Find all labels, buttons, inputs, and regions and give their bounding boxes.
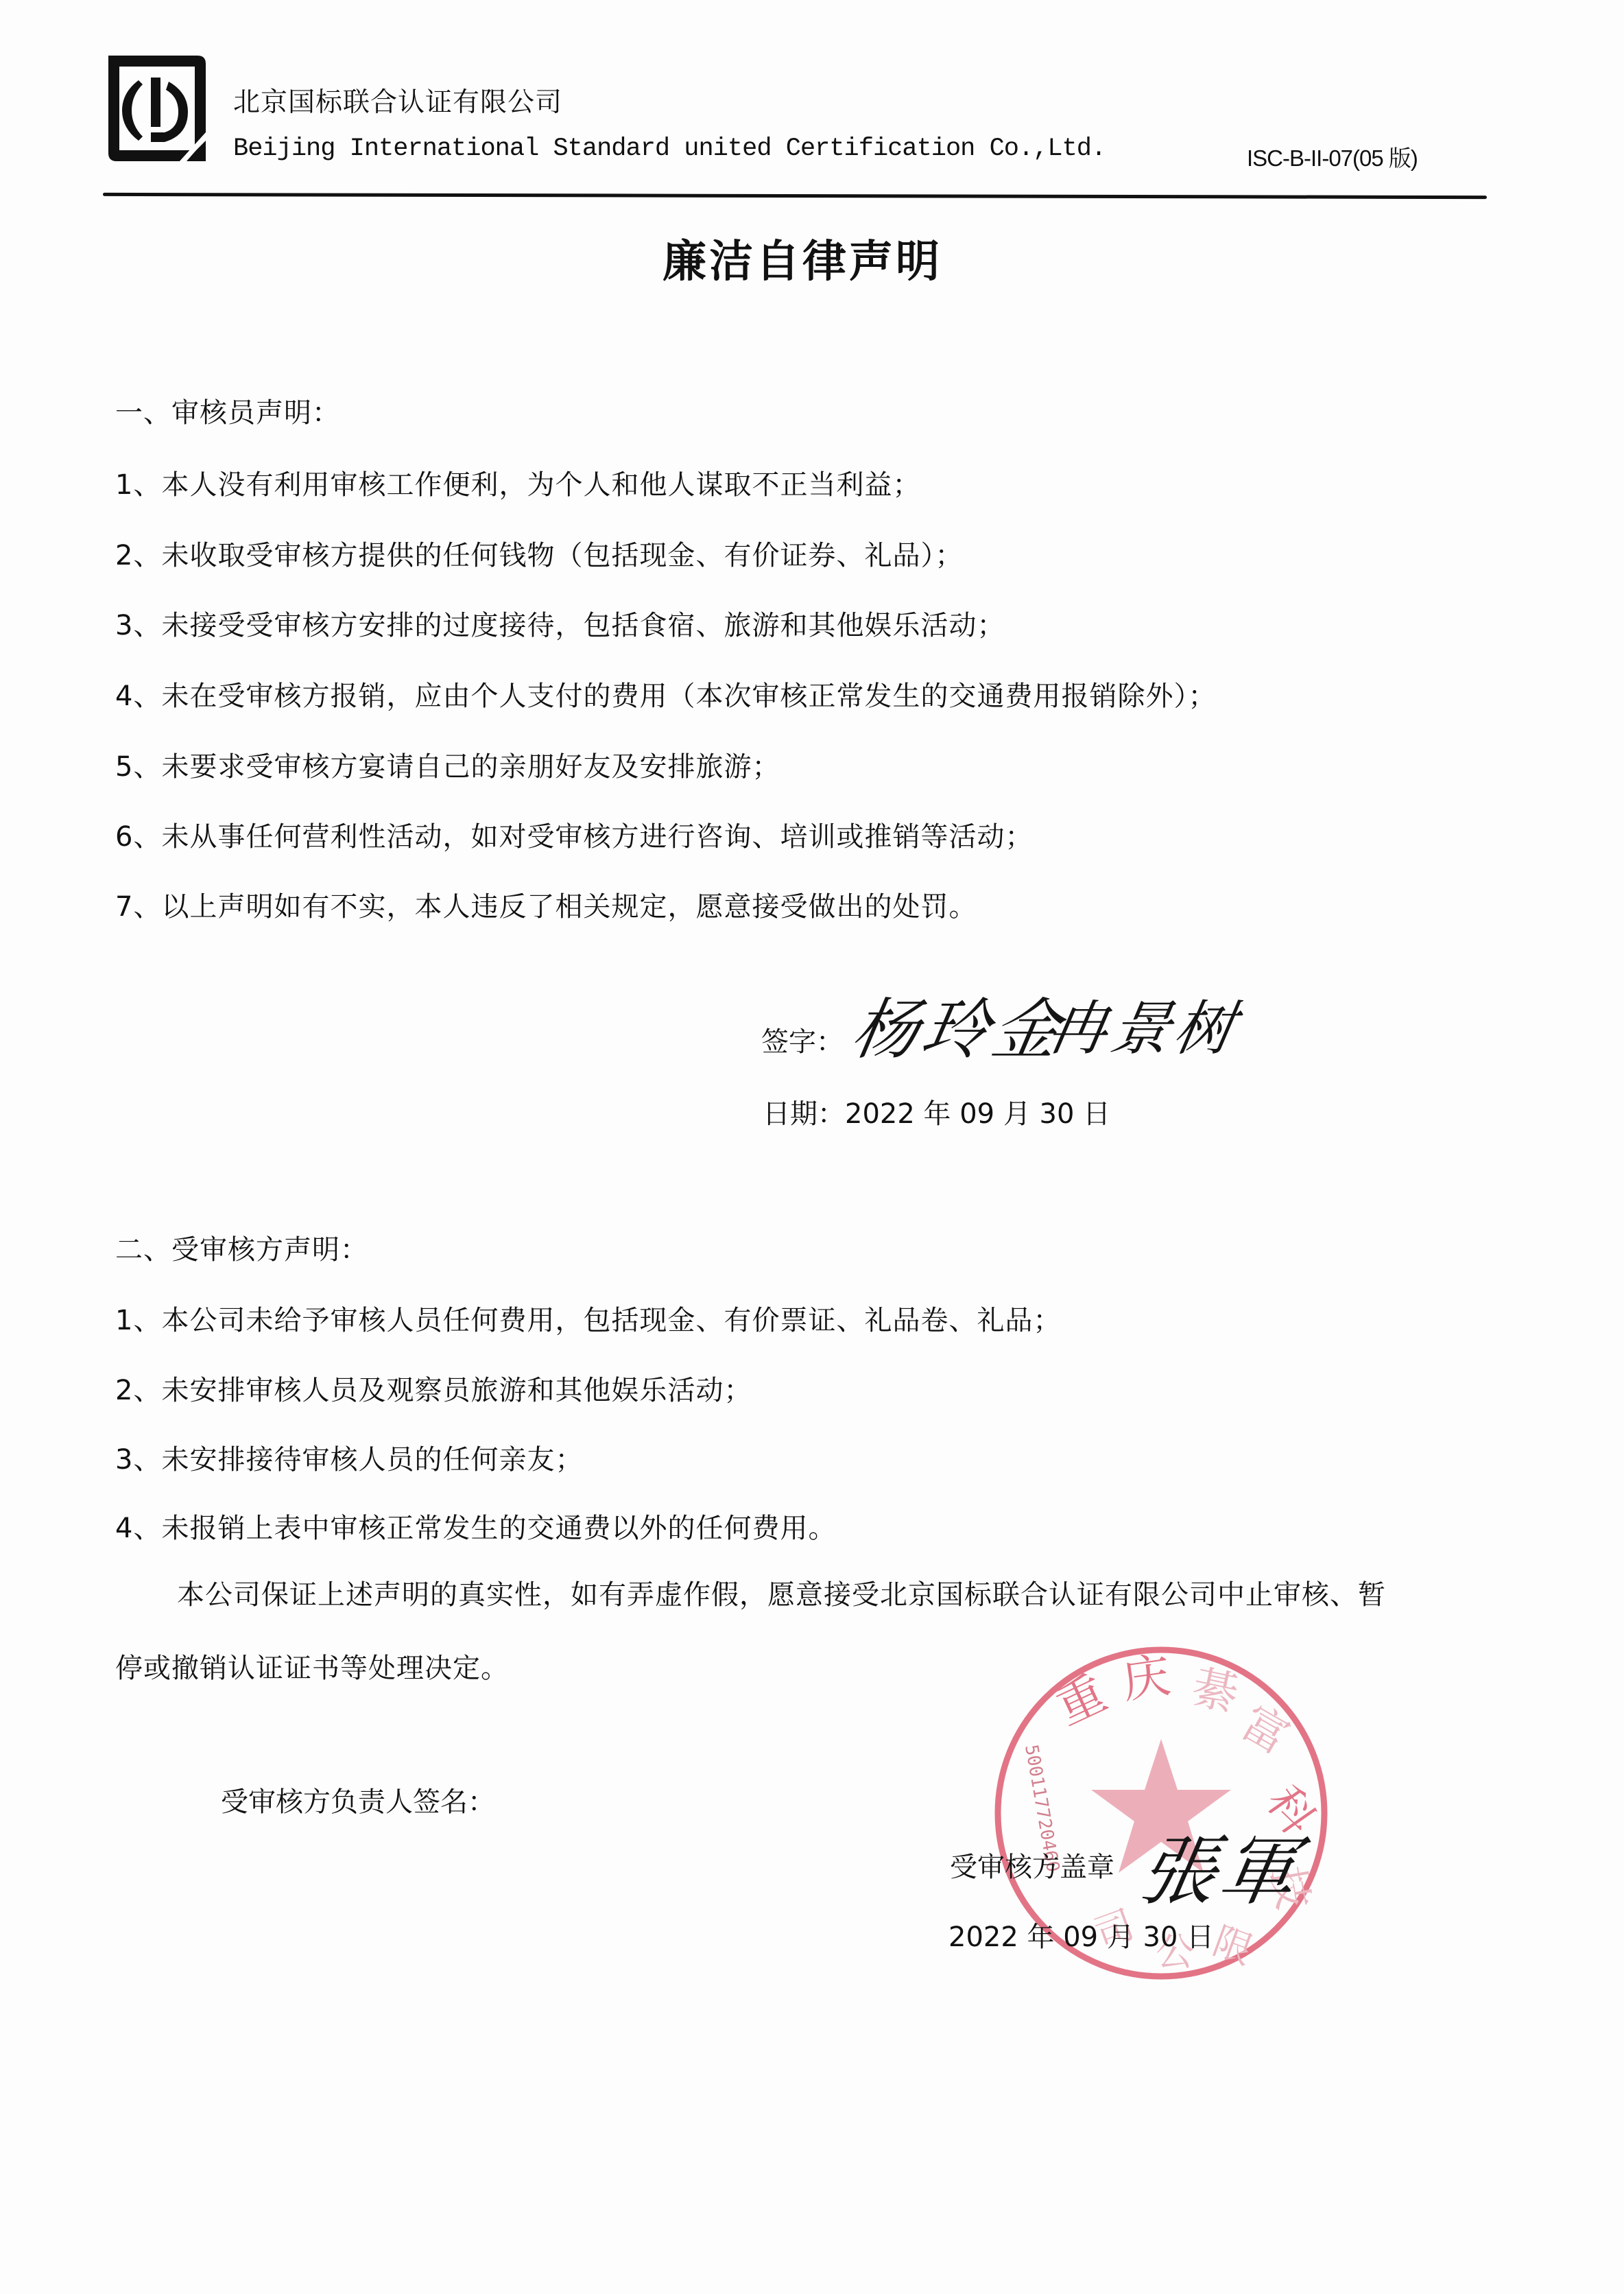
auditor-sign-label: 签字： bbox=[761, 1020, 844, 1059]
auditee-seal-date: 2022 年 09 月 30 日 bbox=[948, 1915, 1214, 1954]
auditee-guarantee-paragraph-cont: 停或撤销认证证书等处理决定。 bbox=[115, 1646, 509, 1686]
document-code: ISC-B-II-07(05 版) bbox=[1247, 141, 1418, 173]
company-name-en: Beijing International Standard united Ce… bbox=[233, 134, 1106, 163]
auditor-item: 6、未从事任何营利性活动，如对受审核方进行咨询、培训或推销等活动； bbox=[115, 815, 1033, 854]
auditee-seal-label: 受审核方盖章 bbox=[950, 1845, 1114, 1884]
document-title: 廉洁自律声明 bbox=[0, 226, 1605, 289]
auditor-sign-date: 日期：2022 年 09 月 30 日 bbox=[763, 1092, 1110, 1131]
auditor-item: 5、未要求受审核方宴请自己的亲朋好友及安排旅游； bbox=[115, 745, 780, 784]
auditor-item: 3、未接受受审核方安排的过度接待，包括食宿、旅游和其他娱乐活动； bbox=[115, 604, 1005, 643]
auditee-item: 1、本公司未给予审核人员任何费用，包括现金、有价票证、礼品卷、礼品； bbox=[115, 1299, 1061, 1338]
auditee-item: 4、未报销上表中审核正常发生的交通费以外的任何费用。 bbox=[115, 1506, 836, 1546]
auditor-signature: 冉景树 bbox=[1042, 981, 1246, 1066]
auditor-item: 2、未收取受审核方提供的任何钱物（包括现金、有价证券、礼品）； bbox=[115, 534, 963, 573]
isc-logo-icon bbox=[103, 51, 211, 167]
svg-text:庆: 庆 bbox=[1119, 1647, 1174, 1710]
company-name-cn: 北京国标联合认证有限公司 bbox=[233, 81, 562, 119]
auditor-item: 1、本人没有利用审核工作便利，为个人和他人谋取不正当利益； bbox=[115, 463, 920, 502]
auditor-signature: 杨玲金 bbox=[846, 978, 1072, 1072]
auditor-item: 7、以上声明如有不实，本人违反了相关规定，愿意接受做出的处罚。 bbox=[115, 885, 977, 924]
auditee-section-heading: 二、受审核方声明： bbox=[115, 1228, 368, 1267]
auditee-item: 2、未安排审核人员及观察员旅游和其他娱乐活动； bbox=[115, 1369, 752, 1408]
svg-text:綦: 綦 bbox=[1188, 1660, 1243, 1721]
auditor-section-heading: 一、审核员声明： bbox=[115, 391, 340, 430]
auditee-guarantee-paragraph: 本公司保证上述声明的真实性，如有弄虚作假，愿意接受北京国标联合认证有限公司中止审… bbox=[177, 1573, 1386, 1612]
auditee-signature: 張軍 bbox=[1132, 1811, 1311, 1919]
header-divider bbox=[103, 193, 1487, 199]
auditor-item: 4、未在受审核方报销，应由个人支付的费用（本次审核正常发生的交通费用报销除外）； bbox=[115, 674, 1216, 713]
auditee-item: 3、未安排接待审核人员的任何亲友； bbox=[115, 1438, 583, 1477]
responsible-person-sign-label: 受审核方负责人签名： bbox=[221, 1780, 495, 1819]
stamp-text: 重 bbox=[1048, 1665, 1115, 1736]
